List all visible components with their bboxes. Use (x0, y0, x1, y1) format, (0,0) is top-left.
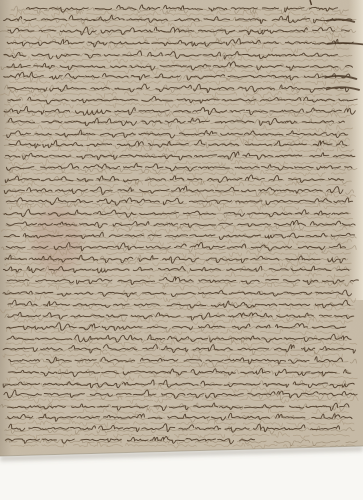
manuscript-svg (0, 0, 363, 500)
paper-sheet (0, 0, 363, 500)
manuscript-scan (0, 0, 363, 500)
